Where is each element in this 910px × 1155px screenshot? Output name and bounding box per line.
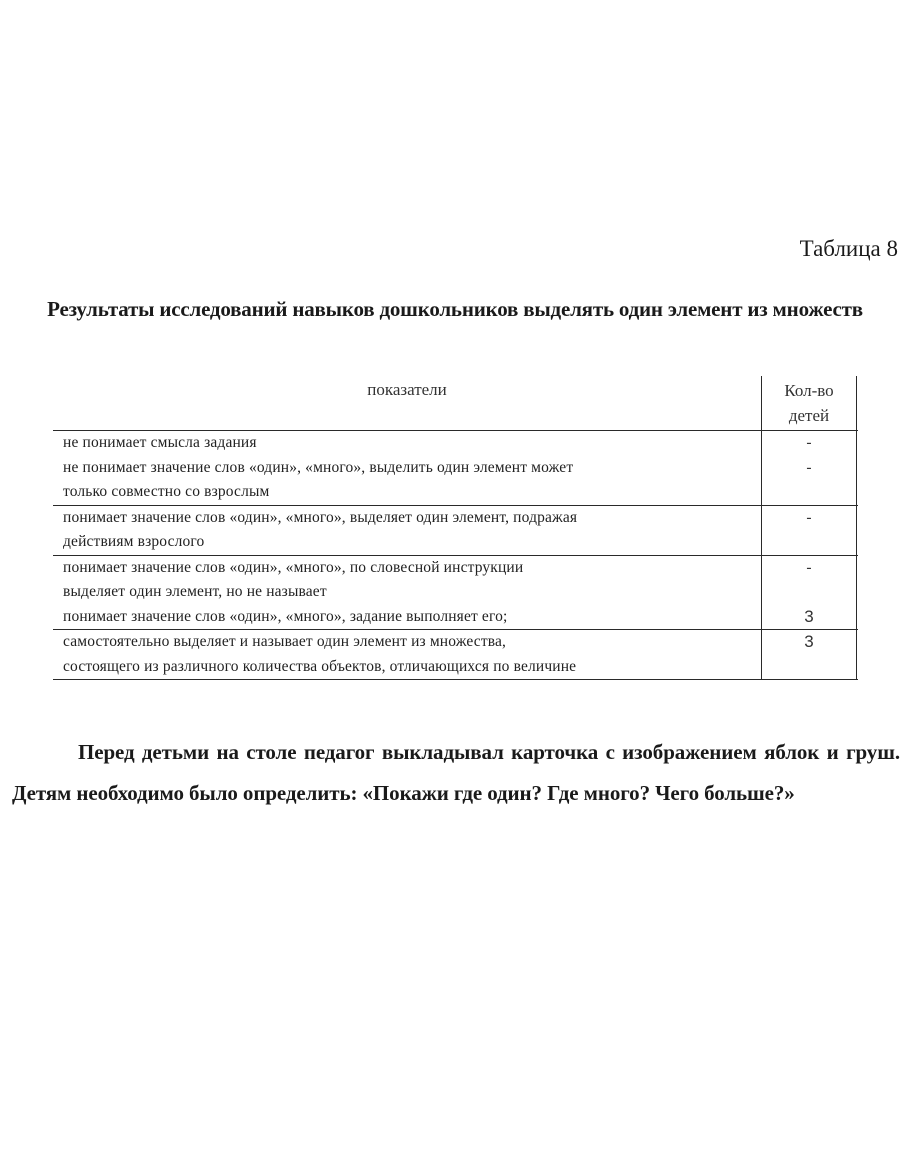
indicator-text: не понимает значение слов «один», «много…	[63, 456, 761, 481]
indicator-text: понимает значение слов «один», «много», …	[63, 506, 761, 531]
document-page: Таблица 8 Результаты исследований навыко…	[0, 0, 910, 1155]
count-value	[762, 655, 856, 680]
count-value: -	[762, 456, 856, 481]
header-children-count: Кол-во детей	[761, 376, 857, 430]
count-value	[762, 480, 856, 505]
count-value: 3	[762, 605, 856, 630]
indicator-text: самостоятельно выделяет и называет один …	[63, 630, 761, 655]
count-value: 3	[762, 630, 856, 655]
table-row: самостоятельно выделяет и называет один …	[53, 630, 858, 680]
count-cell: -3	[761, 556, 857, 630]
indicator-text: понимает значение слов «один», «много», …	[63, 605, 761, 630]
count-value	[762, 530, 856, 555]
body-paragraph: Перед детьми на столе педагог выкладывал…	[12, 732, 900, 814]
results-table: показатели Кол-во детей не понимает смыс…	[53, 376, 858, 680]
table-row: понимает значение слов «один», «много», …	[53, 556, 858, 631]
header-count-line2: детей	[762, 403, 856, 428]
count-cell: --	[761, 431, 857, 505]
count-cell: -	[761, 506, 857, 555]
count-value: -	[762, 506, 856, 531]
indicator-cell: понимает значение слов «один», «много», …	[53, 556, 761, 630]
indicator-cell: самостоятельно выделяет и называет один …	[53, 630, 761, 679]
table-row: понимает значение слов «один», «много», …	[53, 506, 858, 556]
table-body: не понимает смысла заданияне понимает зн…	[53, 431, 858, 680]
count-value	[762, 580, 856, 605]
indicator-text: состоящего из различного количества объе…	[63, 655, 761, 680]
indicator-cell: понимает значение слов «один», «много», …	[53, 506, 761, 555]
indicator-text: выделяет один элемент, но не называет	[63, 580, 761, 605]
count-value: -	[762, 556, 856, 581]
table-row: не понимает смысла заданияне понимает зн…	[53, 431, 858, 506]
table-header-row: показатели Кол-во детей	[53, 376, 858, 431]
indicator-text: действиям взрослого	[63, 530, 761, 555]
count-value: -	[762, 431, 856, 456]
indicator-text: не понимает смысла задания	[63, 431, 761, 456]
indicator-text: понимает значение слов «один», «много», …	[63, 556, 761, 581]
table-title: Результаты исследований навыков дошкольн…	[10, 290, 900, 328]
indicator-cell: не понимает смысла заданияне понимает зн…	[53, 431, 761, 505]
indicator-text: только совместно со взрослым	[63, 480, 761, 505]
header-indicators: показатели	[53, 376, 761, 430]
header-count-line1: Кол-во	[762, 378, 856, 403]
count-cell: 3	[761, 630, 857, 679]
table-label: Таблица 8	[800, 236, 898, 262]
